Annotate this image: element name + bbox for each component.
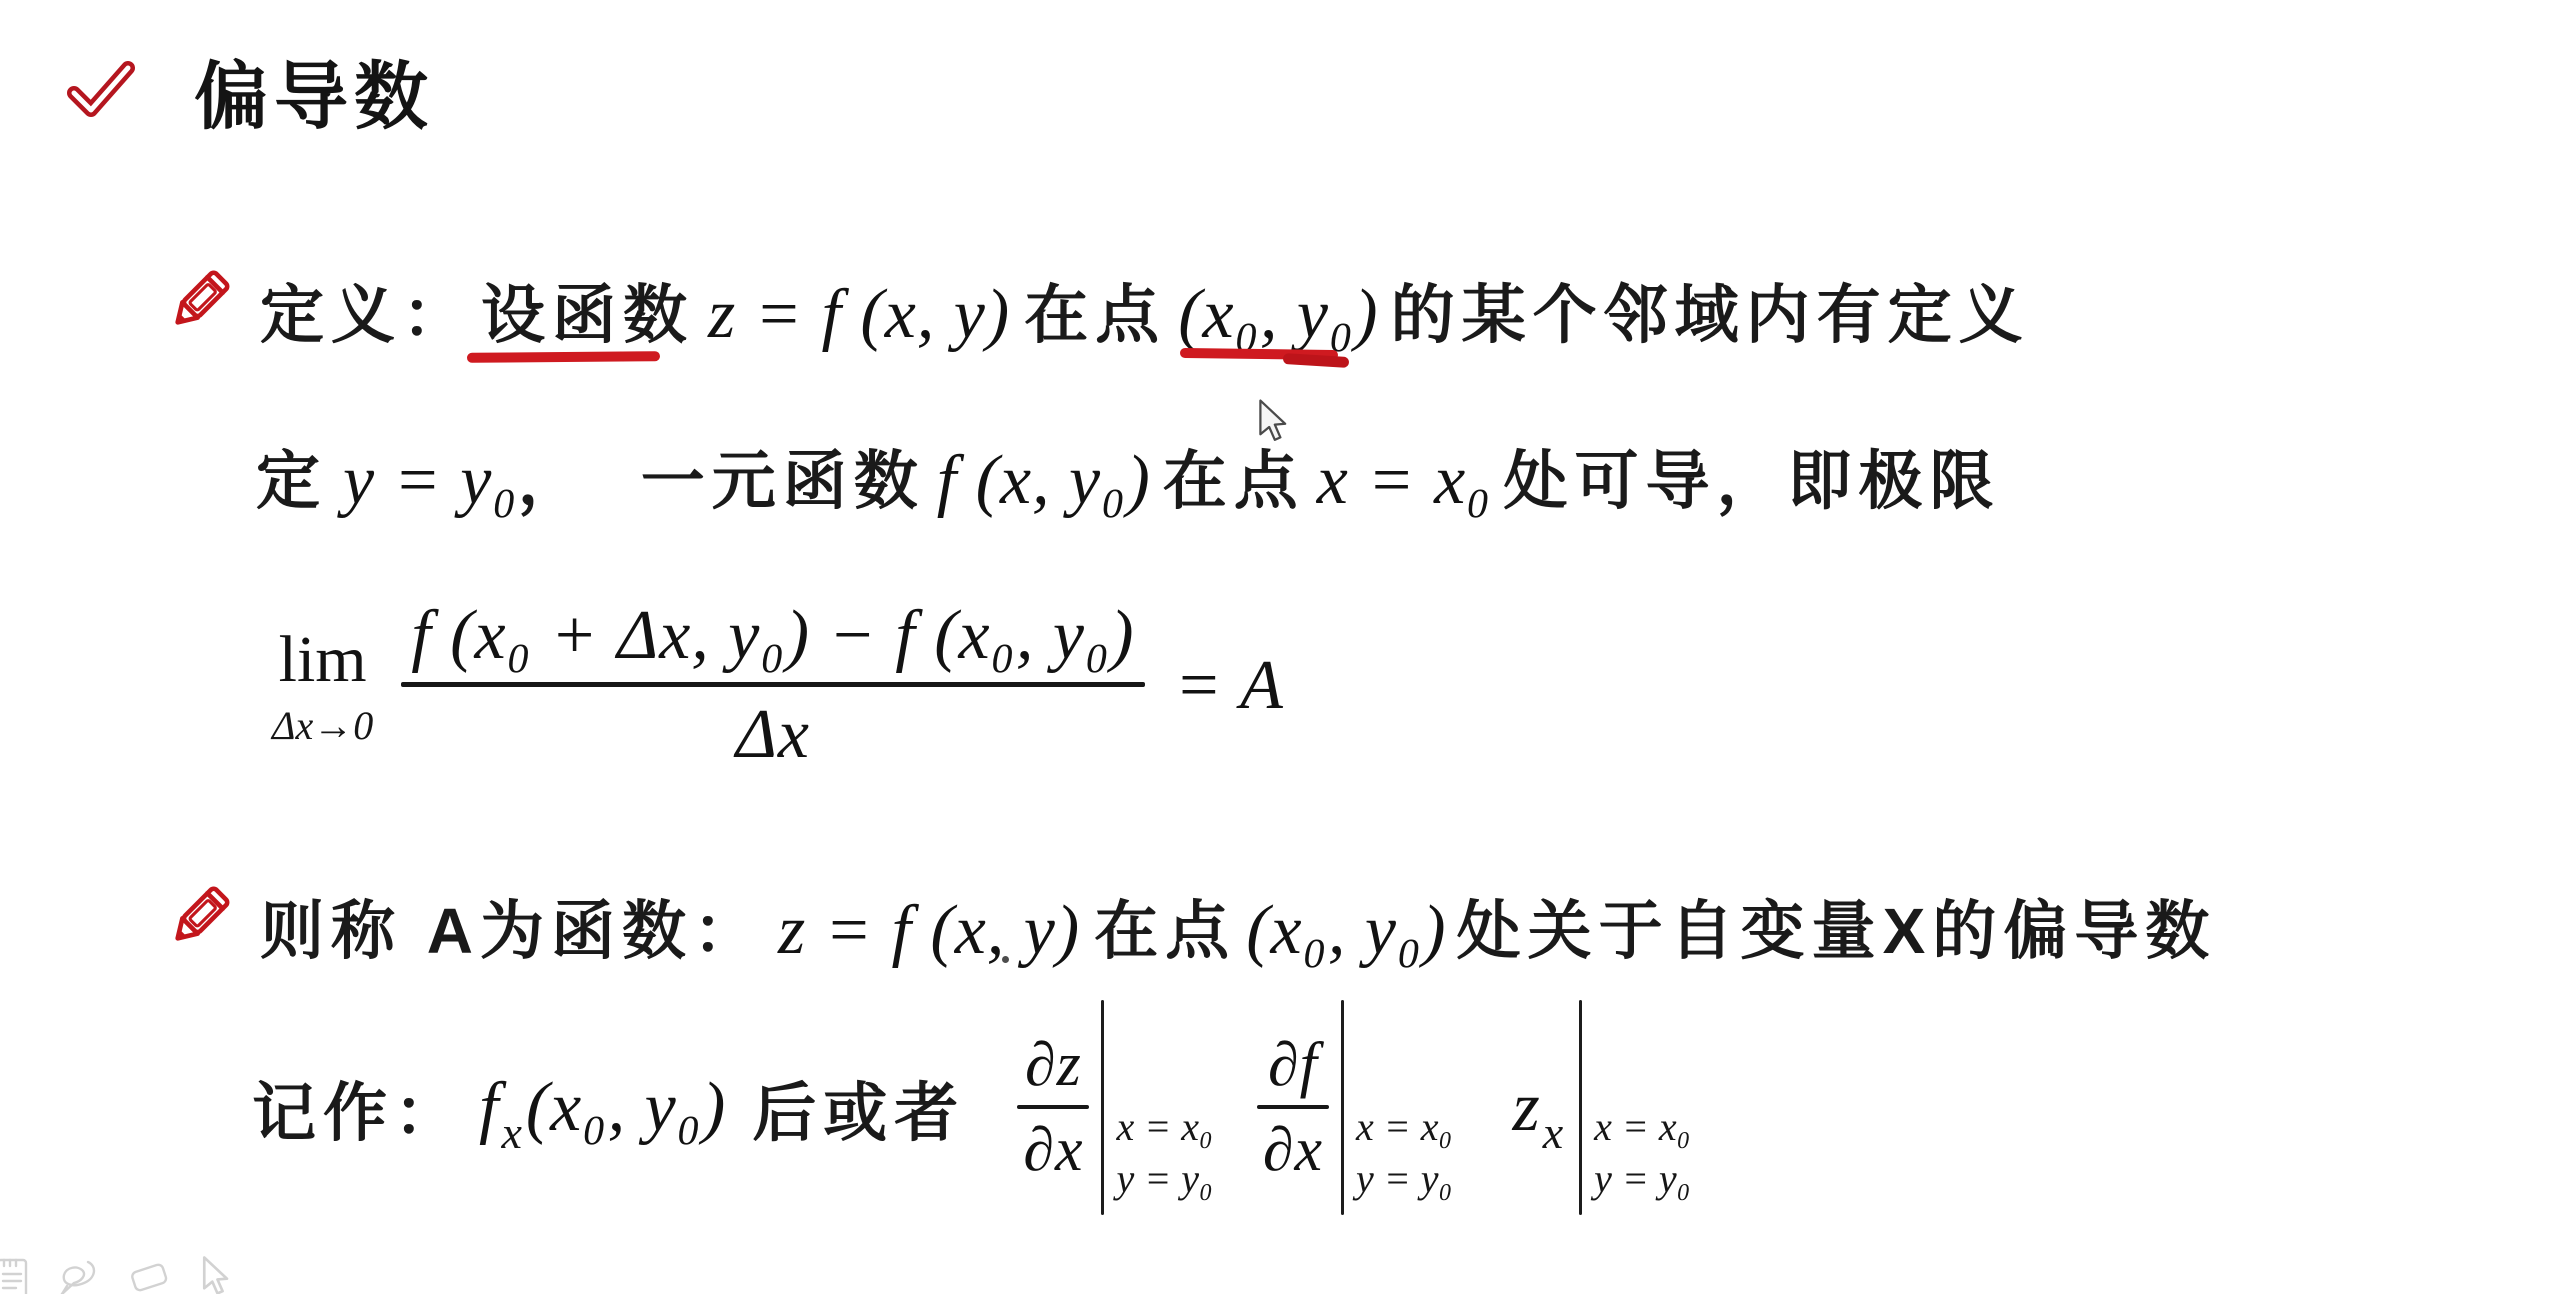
at-point-text: 在点 bbox=[1024, 264, 1166, 356]
lim-condition: Δx→0 bbox=[272, 702, 373, 749]
partial-x: ∂x bbox=[1257, 1109, 1329, 1186]
cond-x: x = x₀ bbox=[1594, 1101, 1690, 1153]
point-text: (x₀, y₀) bbox=[1178, 276, 1378, 353]
zx-notation: z x x = x₀ y = y₀ bbox=[1512, 1000, 1690, 1215]
cond-x: x = x₀ bbox=[1356, 1101, 1452, 1153]
fraction-denominator: Δx bbox=[726, 687, 820, 775]
definition-label: 定义： bbox=[260, 264, 473, 356]
definition-line-1: 定义： 设函数 z = f (x, y) 在点 (x₀, y₀) 的某个邻域内有… bbox=[160, 264, 2030, 356]
or-text: 后或者 bbox=[752, 1062, 965, 1154]
math-y-equals-y0: y = y₀ bbox=[343, 441, 518, 521]
cond-y: y = y₀ bbox=[1356, 1153, 1452, 1205]
slide-page: 偏导数 定义： 设函数 z = f (x, y) 在点 (x₀, y₀) bbox=[0, 0, 2562, 1294]
denoted-as-label: 记作： bbox=[252, 1062, 465, 1154]
z-base: z bbox=[1512, 1068, 1540, 1148]
check-icon bbox=[62, 56, 142, 127]
equals-A: = A bbox=[1175, 646, 1284, 726]
pencil-icon bbox=[160, 880, 236, 961]
point-x0-y0: (x₀, y₀) bbox=[526, 1068, 726, 1148]
evaluation-conditions: x = x₀ y = y₀ bbox=[1356, 1101, 1452, 1215]
annotation-toolbar bbox=[0, 1256, 234, 1294]
phrase-text: 设函数 bbox=[481, 279, 694, 351]
pencil-icon bbox=[160, 264, 236, 345]
comma: ， bbox=[518, 430, 589, 522]
math-x-equals-x0: x = x₀ bbox=[1317, 441, 1492, 521]
eraser-icon[interactable] bbox=[124, 1256, 174, 1294]
zx-symbol: z x bbox=[1512, 1068, 1567, 1148]
evaluation-bar bbox=[1579, 1000, 1582, 1215]
partial-z: ∂z bbox=[1019, 1030, 1088, 1105]
red-underline-annotation bbox=[467, 351, 660, 363]
stray-ink-dot bbox=[1002, 956, 1009, 963]
evaluation-conditions: x = x₀ y = y₀ bbox=[1594, 1101, 1690, 1215]
fx-notation: f x (x₀, y₀) bbox=[479, 1068, 726, 1148]
arrow-cursor-icon bbox=[1257, 399, 1291, 452]
z-subscript-x: x bbox=[1543, 1106, 1563, 1159]
conclusion-line: 则称 A为函数： z = f (x, y) 在点 (x₀, y₀) 处关于自变量… bbox=[160, 880, 2216, 972]
math-z-equals-fxy: z = f (x, y) bbox=[708, 275, 1010, 355]
at-point-text: 在点 bbox=[1094, 880, 1236, 972]
evaluation-conditions: x = x₀ y = y₀ bbox=[1116, 1101, 1212, 1215]
differentiable-text: 处可导，即极限 bbox=[1503, 430, 2000, 522]
fraction-numerator: f (x₀ + Δx, y₀) − f (x₀, y₀) bbox=[401, 596, 1144, 682]
page-title-row: 偏导数 bbox=[62, 38, 434, 144]
f-base: f bbox=[479, 1068, 499, 1148]
limit-formula: lim Δx→0 f (x₀ + Δx, y₀) − f (x₀, y₀) Δx… bbox=[272, 596, 1284, 775]
math-z-equals-fxy: z = f (x, y) bbox=[778, 891, 1080, 971]
one-var-function-text: 一元函数 bbox=[641, 430, 925, 522]
notes-icon[interactable] bbox=[0, 1256, 30, 1294]
then-called-text: 则称 A为函数： bbox=[260, 880, 764, 972]
cond-y: y = y₀ bbox=[1116, 1153, 1212, 1205]
partial-notations: ∂z ∂x x = x₀ y = y₀ ∂f ∂x x = x bbox=[973, 1000, 1690, 1215]
notation-line: 记作： f x (x₀, y₀) 后或者 ∂z ∂x x = x₀ y = y₀ bbox=[252, 1000, 1691, 1215]
neighborhood-text: 的某个邻域内有定义 bbox=[1391, 264, 2030, 356]
underlined-phrase: 设函数 bbox=[481, 264, 694, 356]
df-dx-fraction: ∂f ∂x bbox=[1257, 1030, 1329, 1186]
definition-line-2: 定 y = y₀ ， 一元函数 f (x, y₀) 在点 x = x₀ 处可导，… bbox=[256, 430, 2000, 522]
partial-f: ∂f bbox=[1262, 1030, 1324, 1105]
dz-dx-notation: ∂z ∂x x = x₀ y = y₀ bbox=[1017, 1000, 1213, 1215]
cursor-tool-icon[interactable] bbox=[198, 1256, 234, 1294]
partial-x: ∂x bbox=[1017, 1109, 1089, 1186]
f-subscript-x: x bbox=[501, 1106, 521, 1159]
cond-x: x = x₀ bbox=[1116, 1101, 1212, 1153]
point-x0-y0: (x₀, y₀) bbox=[1178, 275, 1378, 355]
df-dx-notation: ∂f ∂x x = x₀ y = y₀ bbox=[1257, 1000, 1453, 1215]
lim-text: lim bbox=[279, 622, 367, 698]
partial-derivative-text: 处关于自变量X的偏导数 bbox=[1457, 880, 2217, 972]
evaluation-bar bbox=[1101, 1000, 1104, 1215]
math-f-x-y0: f (x, y₀) bbox=[937, 441, 1151, 521]
point-x0-y0: (x₀, y₀) bbox=[1246, 891, 1446, 971]
cond-y: y = y₀ bbox=[1594, 1153, 1690, 1205]
pen-icon[interactable] bbox=[54, 1256, 100, 1294]
difference-quotient: f (x₀ + Δx, y₀) − f (x₀, y₀) Δx bbox=[401, 596, 1144, 775]
red-underline-blob bbox=[1282, 353, 1349, 368]
evaluation-bar bbox=[1341, 1000, 1344, 1215]
page-title: 偏导数 bbox=[194, 38, 434, 144]
dz-dx-fraction: ∂z ∂x bbox=[1017, 1030, 1089, 1186]
fix-text: 定 bbox=[256, 430, 327, 522]
lim-operator: lim Δx→0 bbox=[272, 622, 373, 749]
